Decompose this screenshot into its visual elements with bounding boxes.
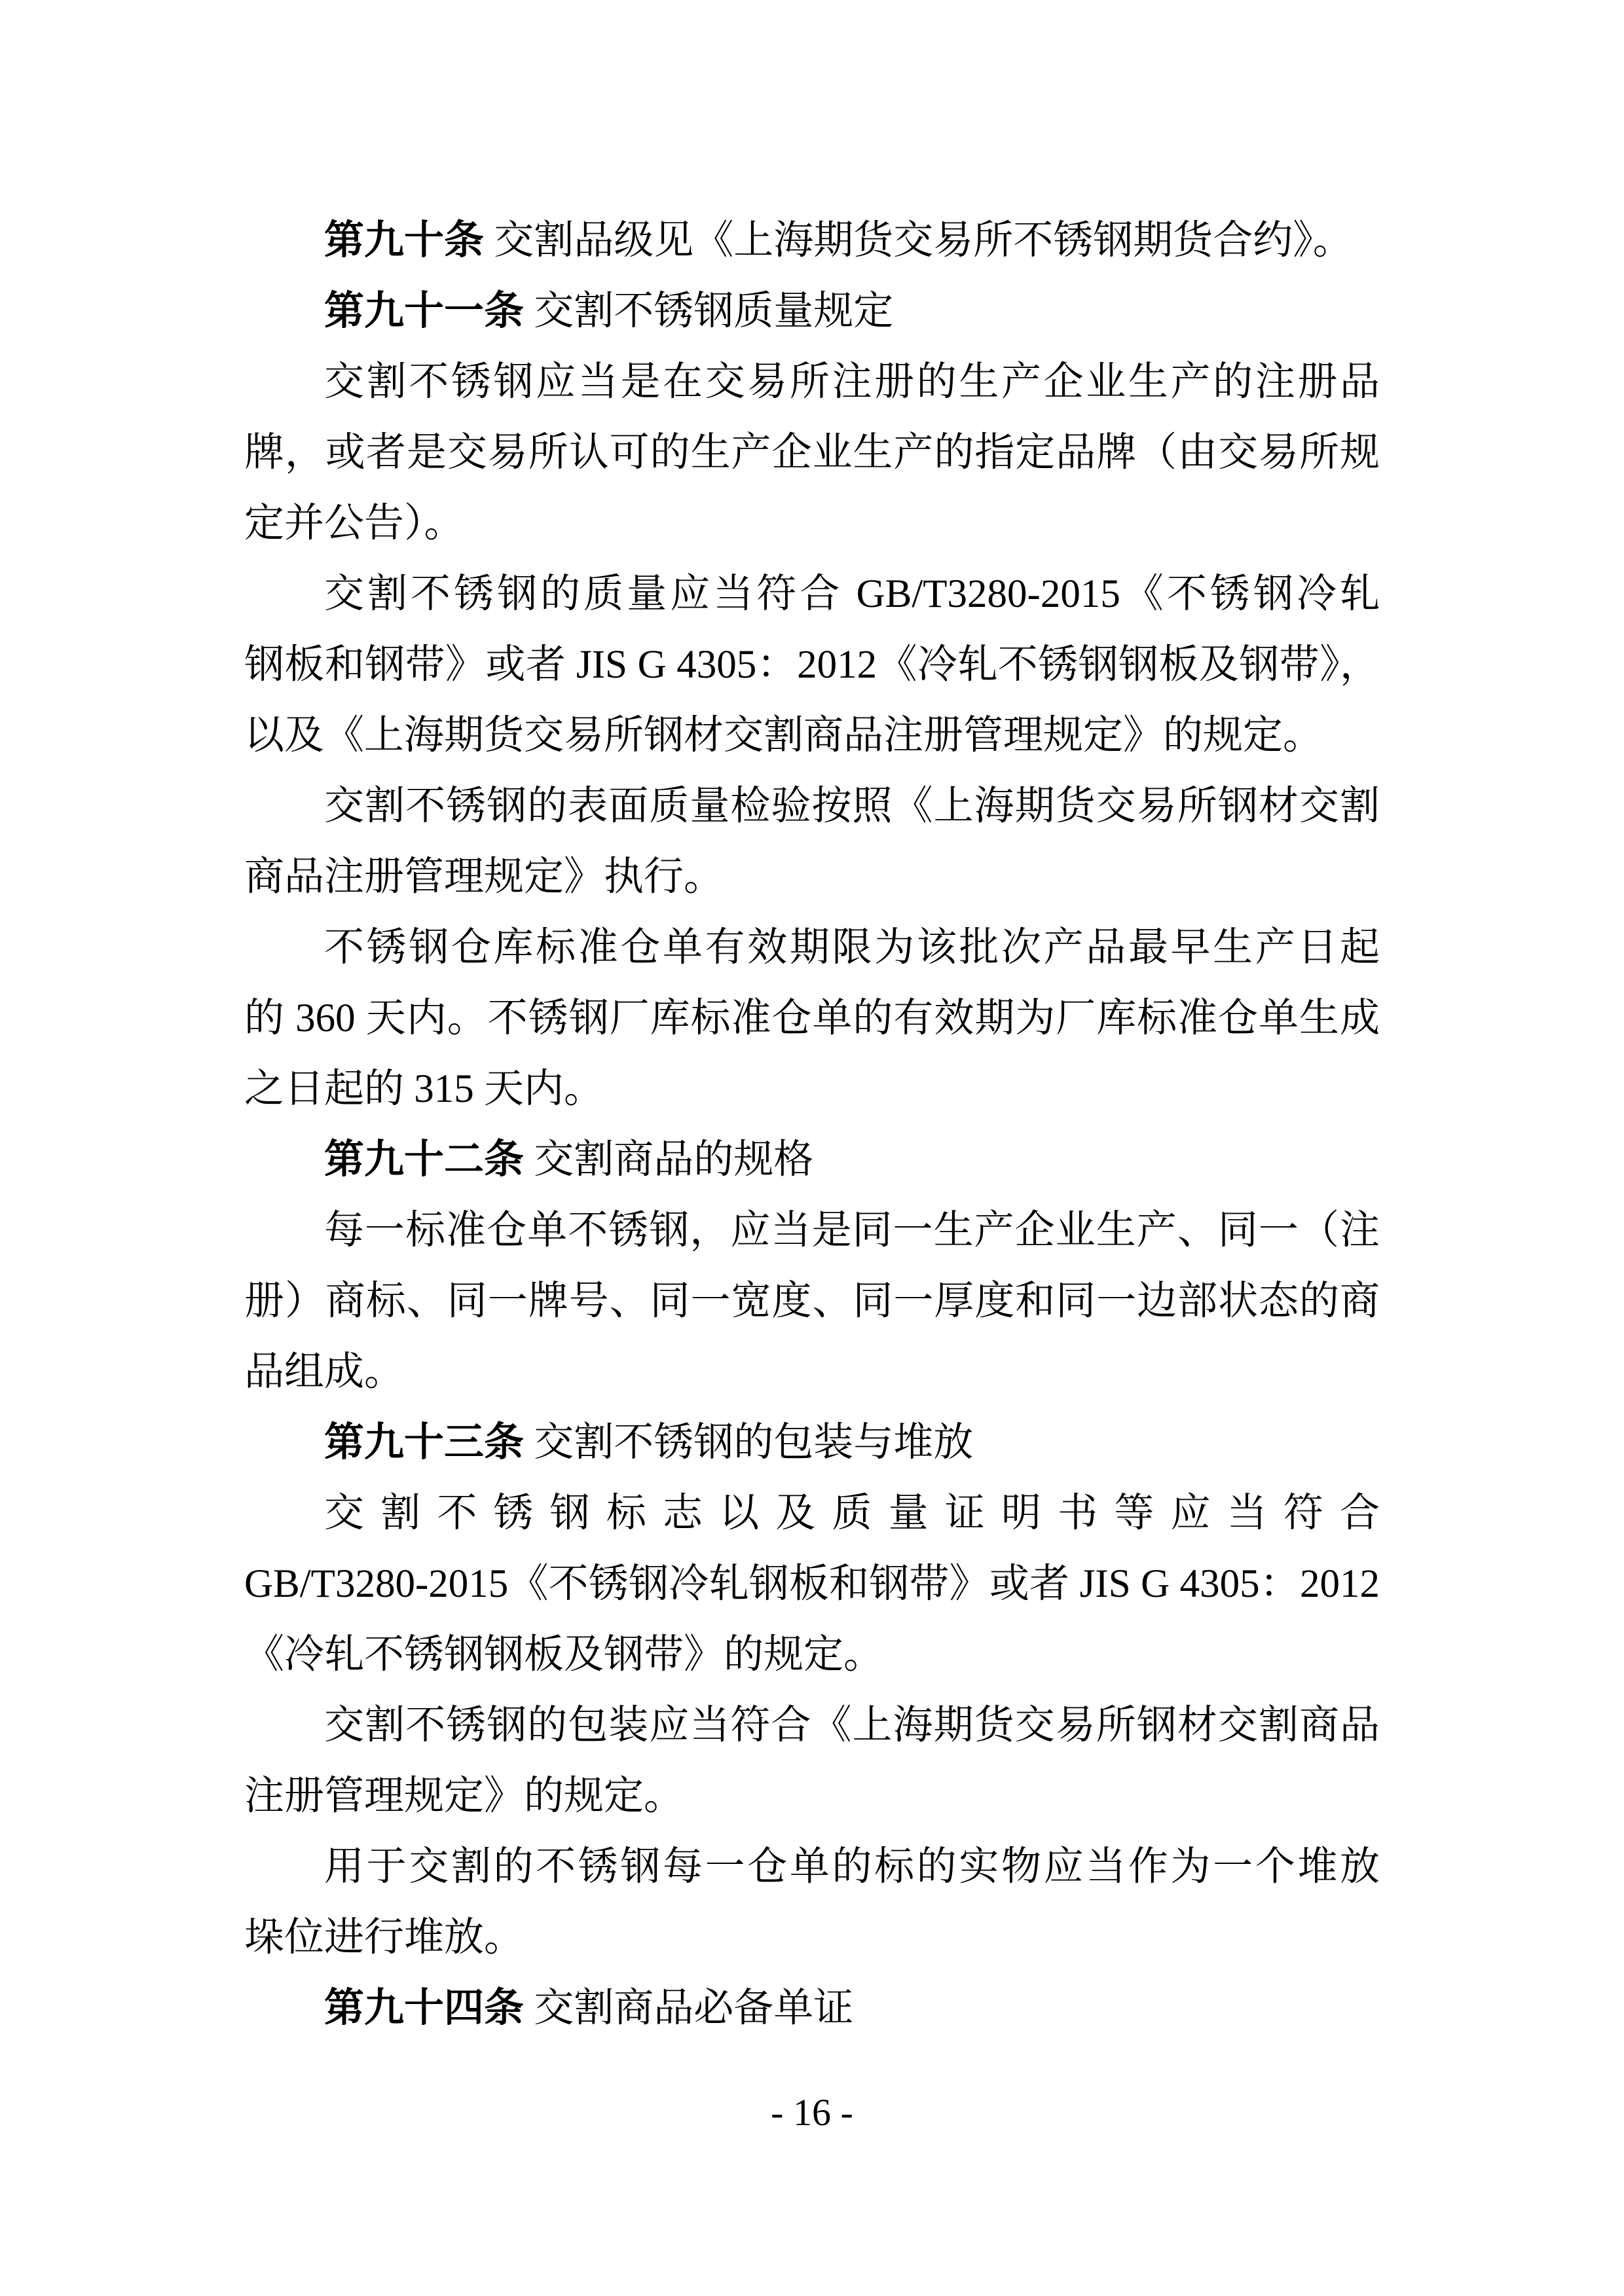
line-text: 交割商品必备单证 [524,1986,853,2030]
line-text: 交割不锈钢标志以及质量证明书等应当符合 [324,1491,1380,1535]
line-text: 用于交割的不锈钢每一仓单的标的实物应当作为一个堆放 [324,1845,1380,1889]
article-heading: 第九十四条 [324,1986,524,2030]
line-text: GB/T3280-2015《不锈钢冷轧钢板和钢带》或者 JIS G 4305：2… [244,1562,1380,1606]
line-text: 交割不锈钢的包装应当符合《上海期货交易所钢材交割商品 [324,1704,1380,1747]
line-text: 交割不锈钢的包装与堆放 [524,1421,973,1465]
text-line: 商品注册管理规定》执行。 [244,842,1380,913]
article-heading: 第九十三条 [324,1421,524,1465]
line-text: 交割不锈钢应当是在交易所注册的生产企业生产的注册品 [324,360,1380,404]
text-line: 第九十三条 交割不锈钢的包装与堆放 [244,1408,1380,1478]
text-line: 《冷轧不锈钢钢板及钢带》的规定。 [244,1620,1380,1690]
text-line: 以及《上海期货交易所钢材交割商品注册管理规定》的规定。 [244,701,1380,771]
text-line: 交割不锈钢的质量应当符合 GB/T3280-2015《不锈钢冷轧 [244,559,1380,630]
line-text: 钢板和钢带》或者 JIS G 4305：2012《冷轧不锈钢钢板及钢带》， [244,643,1380,687]
text-line: 不锈钢仓库标准仓单有效期限为该批次产品最早生产日起 [244,913,1380,983]
article-heading: 第九十二条 [324,1138,524,1182]
page-footer: - 16 - [0,2093,1624,2132]
text-line: 第九十四条 交割商品必备单证 [244,1973,1380,2044]
text-line: 定并公告）。 [244,488,1380,559]
line-text: 册）商标、同一牌号、同一宽度、同一厚度和同一边部状态的商 [244,1279,1380,1323]
text-line: 交割不锈钢的表面质量检验按照《上海期货交易所钢材交割 [244,771,1380,842]
text-line: 交割不锈钢的包装应当符合《上海期货交易所钢材交割商品 [244,1690,1380,1761]
line-text: 定并公告）。 [244,501,464,545]
line-text: 不锈钢仓库标准仓单有效期限为该批次产品最早生产日起 [324,926,1380,970]
text-line: 交割不锈钢应当是在交易所注册的生产企业生产的注册品 [244,347,1380,418]
text-line: 钢板和钢带》或者 JIS G 4305：2012《冷轧不锈钢钢板及钢带》， [244,630,1380,701]
line-text: 交割不锈钢质量规定 [524,289,893,333]
line-text: 垛位进行堆放。 [244,1916,524,1959]
line-text: 商品注册管理规定》执行。 [244,855,724,899]
text-line: 牌，或者是交易所认可的生产企业生产的指定品牌（由交易所规 [244,418,1380,488]
line-text: 交割不锈钢的质量应当符合 GB/T3280-2015《不锈钢冷轧 [324,572,1380,616]
line-text: 以及《上海期货交易所钢材交割商品注册管理规定》的规定。 [244,714,1323,757]
line-text: 《冷轧不锈钢钢板及钢带》的规定。 [244,1633,883,1677]
text-line: 垛位进行堆放。 [244,1903,1380,1973]
document-body: 第九十条 交割品级见《上海期货交易所不锈钢期货合约》。第九十一条 交割不锈钢质量… [244,206,1380,2044]
text-line: 第九十二条 交割商品的规格 [244,1125,1380,1195]
text-line: 用于交割的不锈钢每一仓单的标的实物应当作为一个堆放 [244,1832,1380,1903]
line-text: 每一标准仓单不锈钢，应当是同一生产企业生产、同一（注 [324,1209,1380,1252]
text-line: 交割不锈钢标志以及质量证明书等应当符合 [244,1478,1380,1549]
line-text: 牌，或者是交易所认可的生产企业生产的指定品牌（由交易所规 [244,431,1380,475]
page-number: - 16 - [771,2091,853,2134]
text-line: 品组成。 [244,1337,1380,1408]
line-text: 之日起的 315 天内。 [244,1067,604,1111]
line-text: 交割品级见《上海期货交易所不锈钢期货合约》。 [484,219,1353,263]
line-text: 品组成。 [244,1350,404,1394]
line-text: 的 360 天内。不锈钢厂库标准仓单的有效期为厂库标准仓单生成 [244,996,1380,1040]
text-line: GB/T3280-2015《不锈钢冷轧钢板和钢带》或者 JIS G 4305：2… [244,1549,1380,1620]
text-line: 第九十一条 交割不锈钢质量规定 [244,276,1380,347]
article-heading: 第九十一条 [324,289,524,333]
text-line: 的 360 天内。不锈钢厂库标准仓单的有效期为厂库标准仓单生成 [244,983,1380,1054]
line-text: 交割不锈钢的表面质量检验按照《上海期货交易所钢材交割 [324,784,1380,828]
text-line: 注册管理规定》的规定。 [244,1761,1380,1832]
text-line: 每一标准仓单不锈钢，应当是同一生产企业生产、同一（注 [244,1195,1380,1266]
article-heading: 第九十条 [324,219,484,263]
document-page: 第九十条 交割品级见《上海期货交易所不锈钢期货合约》。第九十一条 交割不锈钢质量… [0,0,1624,2296]
text-line: 第九十条 交割品级见《上海期货交易所不锈钢期货合约》。 [244,206,1380,276]
text-line: 册）商标、同一牌号、同一宽度、同一厚度和同一边部状态的商 [244,1266,1380,1337]
line-text: 注册管理规定》的规定。 [244,1774,684,1818]
text-line: 之日起的 315 天内。 [244,1054,1380,1125]
line-text: 交割商品的规格 [524,1138,813,1182]
